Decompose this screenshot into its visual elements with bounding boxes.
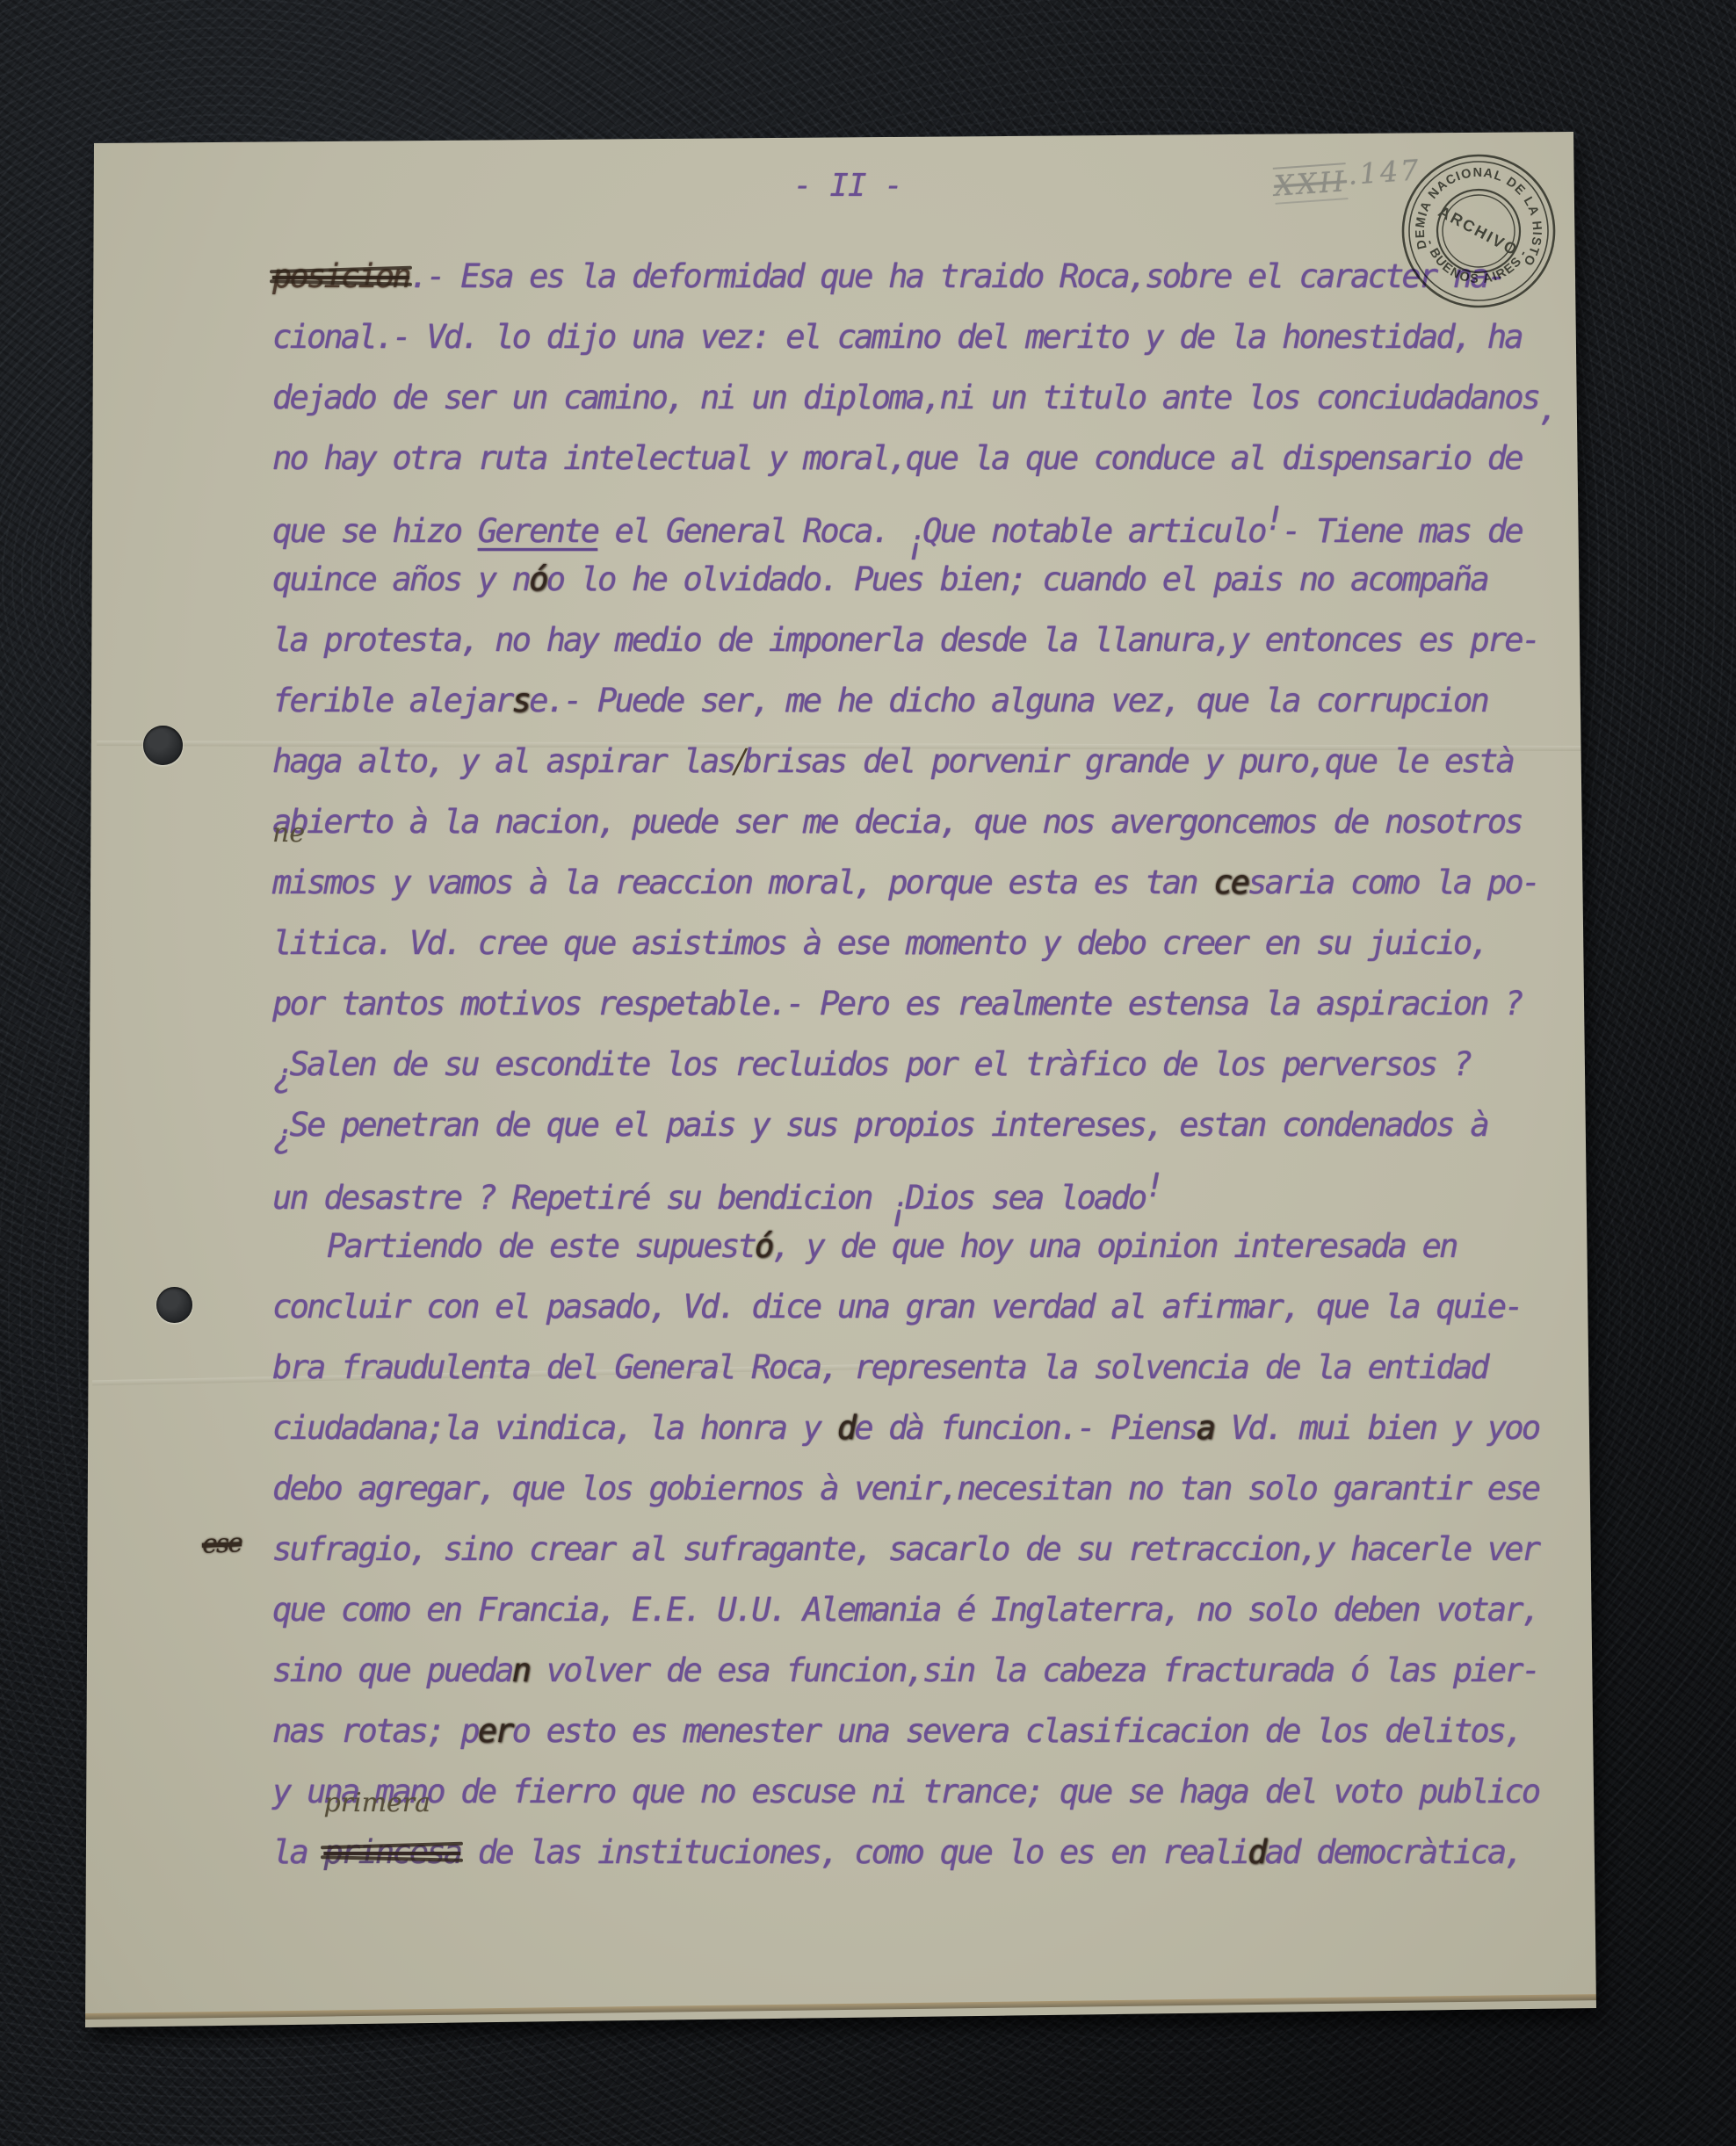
text-segment: concluir con el pasado, Vd. dice una gra…	[272, 1288, 1522, 1326]
text-segment: Dios sea loado	[906, 1179, 1146, 1217]
text-segment: por tantos motivos respetable.- Pero es …	[272, 985, 1522, 1022]
text-segment: y una mano de fierro que no escuse ni tr…	[272, 1773, 1538, 1810]
typewritten-text-block: posicion.- Esa es la deformidad que ha t…	[272, 246, 1599, 1882]
text-segment-blot: d	[1248, 1833, 1264, 1871]
text-segment: no hay otra ruta intelectual y moral,que…	[272, 439, 1522, 477]
text-segment-blot: n	[512, 1651, 529, 1689]
text-segment: Que notable articulo	[922, 512, 1265, 550]
text-line: sino que puedan volver de esa funcion,si…	[272, 1640, 1599, 1701]
stamp-ring-top-text: ACADEMIA NACIONAL DE LA HISTORIA	[1356, 103, 1557, 270]
text-segment: abierto à la nacion, puede ser me decia,…	[272, 803, 1522, 841]
hole-punch	[156, 1287, 192, 1323]
text-segment: brisas del porvenir grande y puro,que le…	[743, 742, 1513, 780]
text-segment: o esto es menester una severa clasificac…	[512, 1712, 1522, 1750]
text-line: abierto à la nacion, puede ser me decia,…	[272, 791, 1599, 852]
text-line: nas rotas; pero esto es menester una sev…	[272, 1701, 1599, 1761]
text-segment: la	[272, 1833, 323, 1871]
paper-shadow-wrapper: - II - XXII.147 posicion.- Esa es la def…	[0, 0, 1736, 2146]
text-segment: ciudadana;la vindica, la honra y	[272, 1409, 837, 1447]
handwritten-correction: ne	[272, 820, 305, 847]
text-segment: - Tiene mas de	[1282, 512, 1522, 550]
text-line: debo agregar, que los gobiernos à venir,…	[272, 1458, 1599, 1519]
text-segment: quince años y n	[272, 560, 529, 598]
text-line: bra fraudulenta del General Roca, repres…	[272, 1337, 1599, 1398]
annotation-struck-volume: XXII	[1273, 163, 1349, 205]
text-segment: , y de que hoy una opinion interesada en	[771, 1227, 1456, 1265]
svg-text:ACADEMIA NACIONAL DE LA HISTOR: ACADEMIA NACIONAL DE LA HISTORIA	[1356, 103, 1557, 270]
text-segment: sino que pueda	[272, 1651, 512, 1689]
text-line: ¿Salen de su escondite los recluidos por…	[272, 1034, 1599, 1095]
text-line: la princesaprimera de las instituciones,…	[272, 1822, 1599, 1882]
text-segment: Se penetran de que el pais y sus propios…	[289, 1106, 1486, 1144]
text-segment: Vd. mui bien y yoo	[1213, 1409, 1538, 1447]
text-segment: haga alto, y al aspirar las	[272, 742, 734, 780]
text-segment: Partiendo de este supuest	[327, 1227, 755, 1265]
text-segment-sup: !	[1145, 1167, 1161, 1204]
text-segment: dejado de ser un camino, ni un diploma,n…	[272, 379, 1538, 416]
text-segment: bra fraudulenta del General Roca, repres…	[272, 1348, 1487, 1386]
text-segment: saria como la po-	[1248, 863, 1538, 901]
text-line: quince años y nóo lo he olvidado. Pues b…	[272, 549, 1599, 610]
text-segment: cional.- Vd. lo dijo una vez: el camino …	[272, 318, 1522, 356]
document-page: - II - XXII.147 posicion.- Esa es la def…	[0, 0, 1736, 2146]
text-segment-blot: a	[1197, 1409, 1213, 1447]
text-segment-hand: /	[734, 742, 743, 780]
text-line: ciudadana;la vindica, la honra y de dà f…	[272, 1398, 1599, 1458]
text-segment: un desastre ? Repetiré su bendicion	[272, 1179, 888, 1217]
paper-bottom-edge	[85, 1994, 1598, 2020]
hole-punch	[143, 726, 183, 765]
text-line: un desastre ? Repetiré su bendicion ¡Dio…	[272, 1155, 1599, 1216]
handwritten-correction: primera	[323, 1790, 430, 1817]
text-segment: .- Esa es la deformidad que ha traido Ro…	[409, 257, 1504, 295]
text-segment: debo agregar, que los gobiernos à venir,…	[272, 1470, 1538, 1507]
text-segment: e dà funcion.- Piens	[854, 1409, 1197, 1447]
text-segment: nas rotas; p	[272, 1712, 478, 1750]
text-segment: que como en Francia, E.E. U.U. Alemania …	[272, 1591, 1538, 1629]
text-line: mismos y vamos à la reaccion moral, porq…	[272, 852, 1599, 913]
text-segment: Salen de su escondite los recluidos por …	[289, 1045, 1470, 1083]
text-segment-blot: cene	[1213, 863, 1248, 901]
scanned-document-on-leather-background: - II - XXII.147 posicion.- Esa es la def…	[0, 0, 1736, 2146]
text-line: Partiendo de este supuestó, y de que hoy…	[272, 1216, 1599, 1276]
text-segment-blot: ó	[755, 1227, 771, 1265]
text-line: por tantos motivos respetable.- Pero es …	[272, 973, 1599, 1034]
text-line: ¿Se penetran de que el pais y sus propio…	[272, 1095, 1599, 1155]
text-segment-underline: Gerente	[478, 512, 597, 550]
text-segment-blot: er	[478, 1712, 512, 1750]
text-line: que se hizo Gerente el General Roca. ¡Qu…	[272, 488, 1599, 549]
text-segment-blot: s	[512, 682, 529, 719]
text-line: litica. Vd. cree que asistimos à ese mom…	[272, 913, 1599, 973]
text-line: que como en Francia, E.E. U.U. Alemania …	[272, 1579, 1599, 1640]
text-segment: sufragio, sino crear al sufragante, saca…	[272, 1530, 1538, 1568]
text-segment: o lo he olvidado. Pues bien; cuando el p…	[546, 560, 1487, 598]
text-line: y una mano de fierro que no escuse ni tr…	[272, 1761, 1599, 1822]
text-segment: el General Roca.	[597, 512, 906, 550]
text-segment-scribble2: princesaprimera	[323, 1822, 460, 1882]
text-segment-blot: ó	[529, 560, 546, 598]
text-line: haga alto, y al aspirar las/brisas del p…	[272, 731, 1599, 791]
text-segment: e.- Puede ser, me he dicho alguna vez, q…	[529, 682, 1487, 719]
text-segment: mismos y vamos à la reaccion moral, porq…	[272, 863, 1213, 901]
text-line: concluir con el pasado, Vd. dice una gra…	[272, 1276, 1599, 1337]
text-segment: litica. Vd. cree que asistimos à ese mom…	[272, 924, 1487, 962]
text-segment: de las instituciones, como que lo es en …	[460, 1833, 1248, 1871]
text-segment: ad democràtica,	[1265, 1833, 1522, 1871]
text-segment-sup: !	[1265, 500, 1282, 538]
text-segment-blot: d	[837, 1409, 854, 1447]
text-segment-sub: ,	[1538, 390, 1555, 428]
text-line: ferible alejarse.- Puede ser, me he dich…	[272, 670, 1599, 731]
text-segment: ferible alejar	[272, 682, 512, 719]
archive-rubber-stamp: ACADEMIA NACIONAL DE LA HISTORIA - BUENO…	[1350, 103, 1607, 359]
text-segment-sub: ¿	[272, 1117, 289, 1155]
page-number: - II -	[793, 167, 902, 206]
corner-fold-crease	[84, 139, 190, 235]
margin-strikeout-note: ese	[201, 1530, 242, 1558]
text-segment-scribble: posicion	[272, 246, 409, 307]
text-segment: la protesta, no hay medio de imponerla d…	[272, 621, 1538, 659]
text-segment: volver de esa funcion,sin la cabeza frac…	[529, 1651, 1538, 1689]
text-segment: que se hizo	[272, 512, 478, 550]
text-line: esesufragio, sino crear al sufragante, s…	[272, 1519, 1599, 1579]
text-line: la protesta, no hay medio de imponerla d…	[272, 610, 1599, 670]
text-line: no hay otra ruta intelectual y moral,que…	[272, 428, 1599, 488]
text-line: dejado de ser un camino, ni un diploma,n…	[272, 367, 1599, 428]
text-segment-sub: ¿	[272, 1057, 289, 1095]
